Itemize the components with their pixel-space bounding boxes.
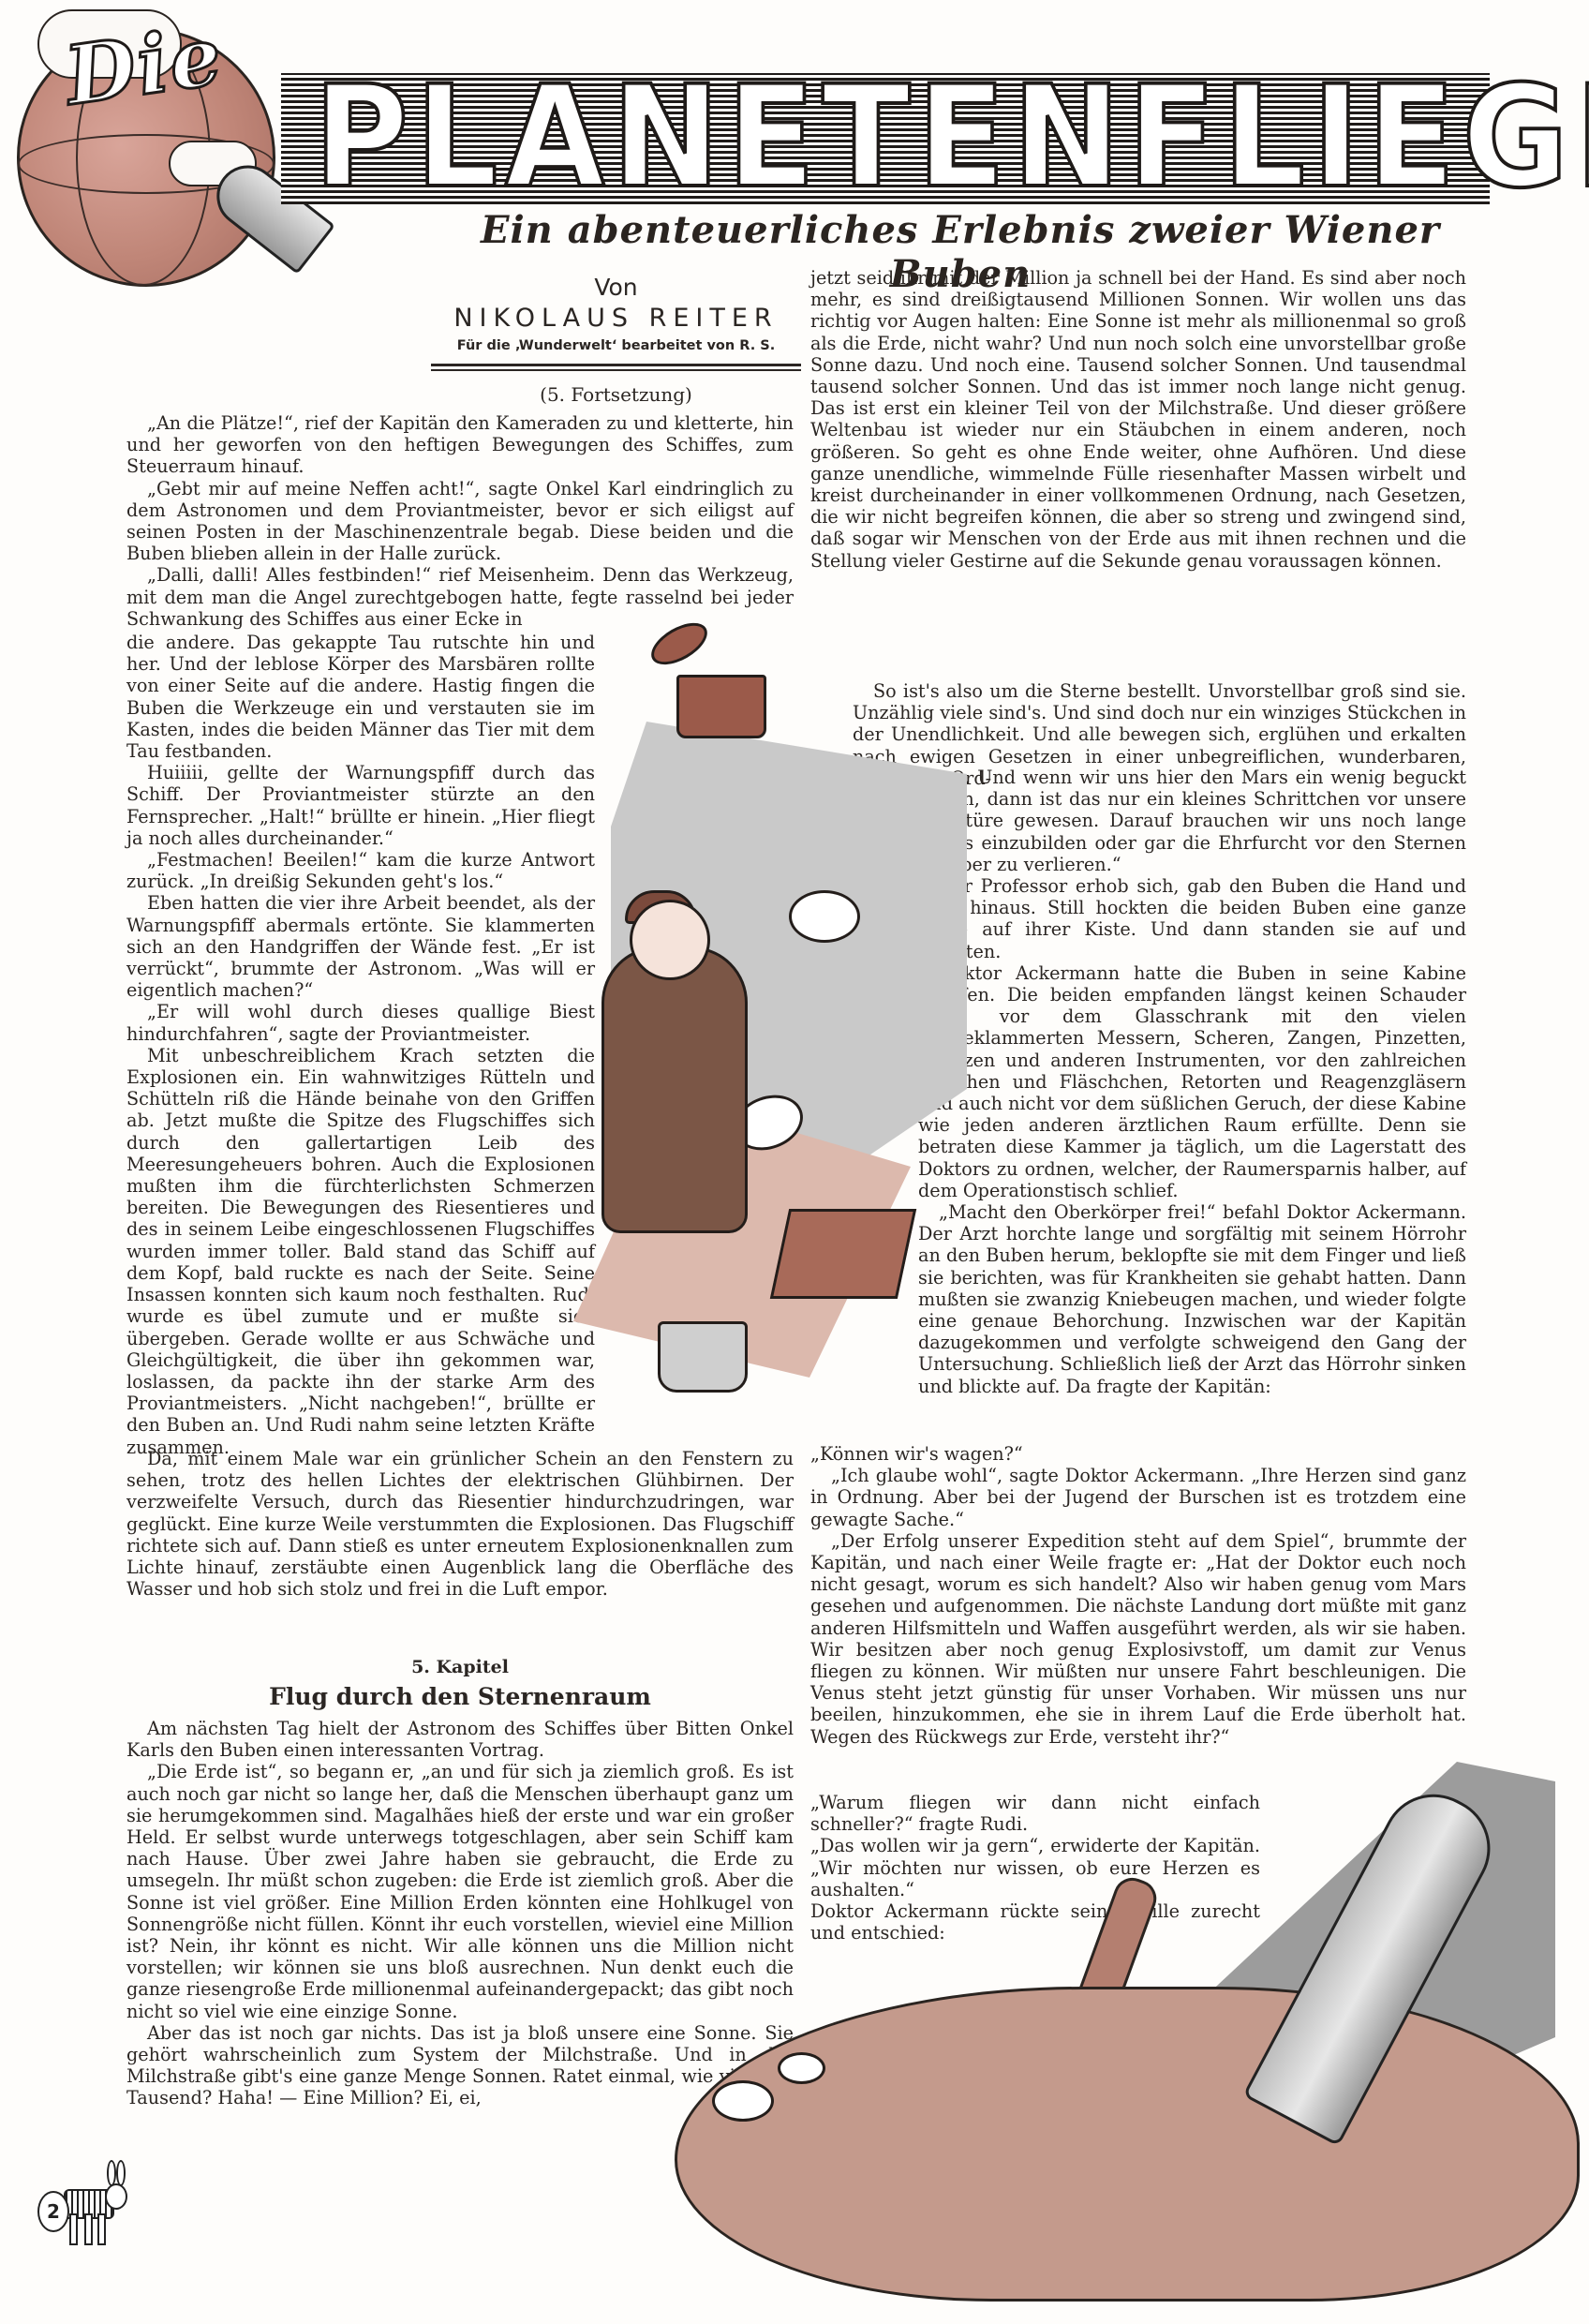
- installment-label: (5. Fortsetzung): [431, 380, 801, 409]
- donkey-ear: [107, 2160, 116, 2186]
- boy-head: [630, 900, 710, 980]
- paragraph: „Ich glaube wohl“, sagte Doktor Ackerman…: [810, 1465, 1466, 1530]
- donkey-leg: [84, 2213, 93, 2245]
- chapter-heading: 5. Kapitel Flug durch den Sternenraum: [126, 1654, 794, 1714]
- pot-lid-icon: [645, 615, 714, 673]
- paragraph: „An die Plätze!“, rief der Kapitän den K…: [126, 412, 794, 478]
- kitchen-scene-illustration: [573, 609, 976, 1434]
- cooking-pot-icon: [676, 675, 766, 738]
- left-column-part1: „An die Plätze!“, rief der Kapitän den K…: [126, 412, 794, 630]
- paragraph: „Macht den Oberkörper frei!“ befahl Dokt…: [918, 1201, 1466, 1397]
- left-column-part2: die andere. Das gekappte Tau rutschte hi…: [126, 632, 595, 1458]
- left-column-part3: Da, mit einem Male war ein grünlicher Sc…: [126, 1448, 794, 1600]
- author-name: NIKOLAUS REITER: [431, 302, 801, 335]
- donkey-head: [105, 2183, 127, 2210]
- crate-icon: [770, 1209, 916, 1299]
- paragraph: jetzt seid ihr mit der Million ja schnel…: [810, 267, 1466, 572]
- paragraph: Mit unbeschreiblichem Krach setzten die …: [126, 1045, 595, 1458]
- bucket-icon: [658, 1321, 748, 1393]
- article-header: Die PLANETENFLIEGER Ein abenteuerliches …: [0, 0, 1589, 272]
- magazine-page: Die PLANETENFLIEGER Ein abenteuerliches …: [0, 0, 1589, 2324]
- donkey-leg: [97, 2213, 106, 2245]
- donkey-ear: [116, 2160, 126, 2186]
- page-title: PLANETENFLIEGER: [314, 67, 1391, 208]
- donkey-leg: [69, 2213, 78, 2245]
- paragraph: Am nächsten Tag hielt der Astronom des S…: [126, 1718, 794, 1761]
- plate-icon: [789, 890, 860, 943]
- paragraph: „Festmachen! Beeilen!“ kam die kurze Ant…: [126, 849, 595, 892]
- boy-figure: [601, 946, 748, 1233]
- divider: [431, 369, 801, 371]
- monster-body: [675, 1987, 1580, 2302]
- right-column-part1: jetzt seid ihr mit der Million ja schnel…: [810, 267, 1466, 572]
- paragraph: Eben hatten die vier ihre Arbeit beendet…: [126, 892, 595, 1001]
- monster-eye: [778, 2052, 825, 2084]
- paragraph: Doktor Ackermann hatte die Buben in sein…: [918, 962, 1466, 1201]
- monster-eye: [712, 2080, 774, 2122]
- page-number: 2: [37, 2191, 69, 2232]
- paragraph: Huiiiii, gellte der Warnungspfiff durch …: [126, 762, 595, 849]
- paragraph: nung. Und wenn wir uns hier den Mars ein…: [918, 767, 1466, 875]
- paragraph: „Der Erfolg unserer Expedition steht auf…: [810, 1530, 1466, 1748]
- chapter-title: Flug durch den Sternenraum: [126, 1680, 794, 1714]
- sea-monster-illustration: [637, 1762, 1589, 2324]
- paragraph: die andere. Das gekappte Tau rutschte hi…: [126, 632, 595, 762]
- page-number-badge: 2: [28, 2155, 131, 2268]
- paragraph: „Können wir's wagen?“: [810, 1443, 1466, 1465]
- byline-von: Von: [431, 274, 801, 302]
- paragraph: „Er will wohl durch dieses quallige Bies…: [126, 1001, 595, 1044]
- right-column-part4: „Können wir's wagen?“ „Ich glaube wohl“,…: [810, 1443, 1466, 1748]
- byline-credit: Für die ‚Wunderwelt‘ bearbeitet von R. S…: [431, 335, 801, 356]
- paragraph: „Gebt mir auf meine Neffen acht!“, sagte…: [126, 478, 794, 565]
- byline: Von NIKOLAUS REITER Für die ‚Wunderwelt‘…: [431, 274, 801, 409]
- paragraph: Da, mit einem Male war ein grünlicher Sc…: [126, 1448, 794, 1600]
- divider: [431, 364, 801, 366]
- chapter-number: 5. Kapitel: [126, 1654, 794, 1680]
- paragraph: Der Professor erhob sich, gab den Buben …: [918, 875, 1466, 962]
- right-column-part3: nung. Und wenn wir uns hier den Mars ein…: [918, 767, 1466, 1397]
